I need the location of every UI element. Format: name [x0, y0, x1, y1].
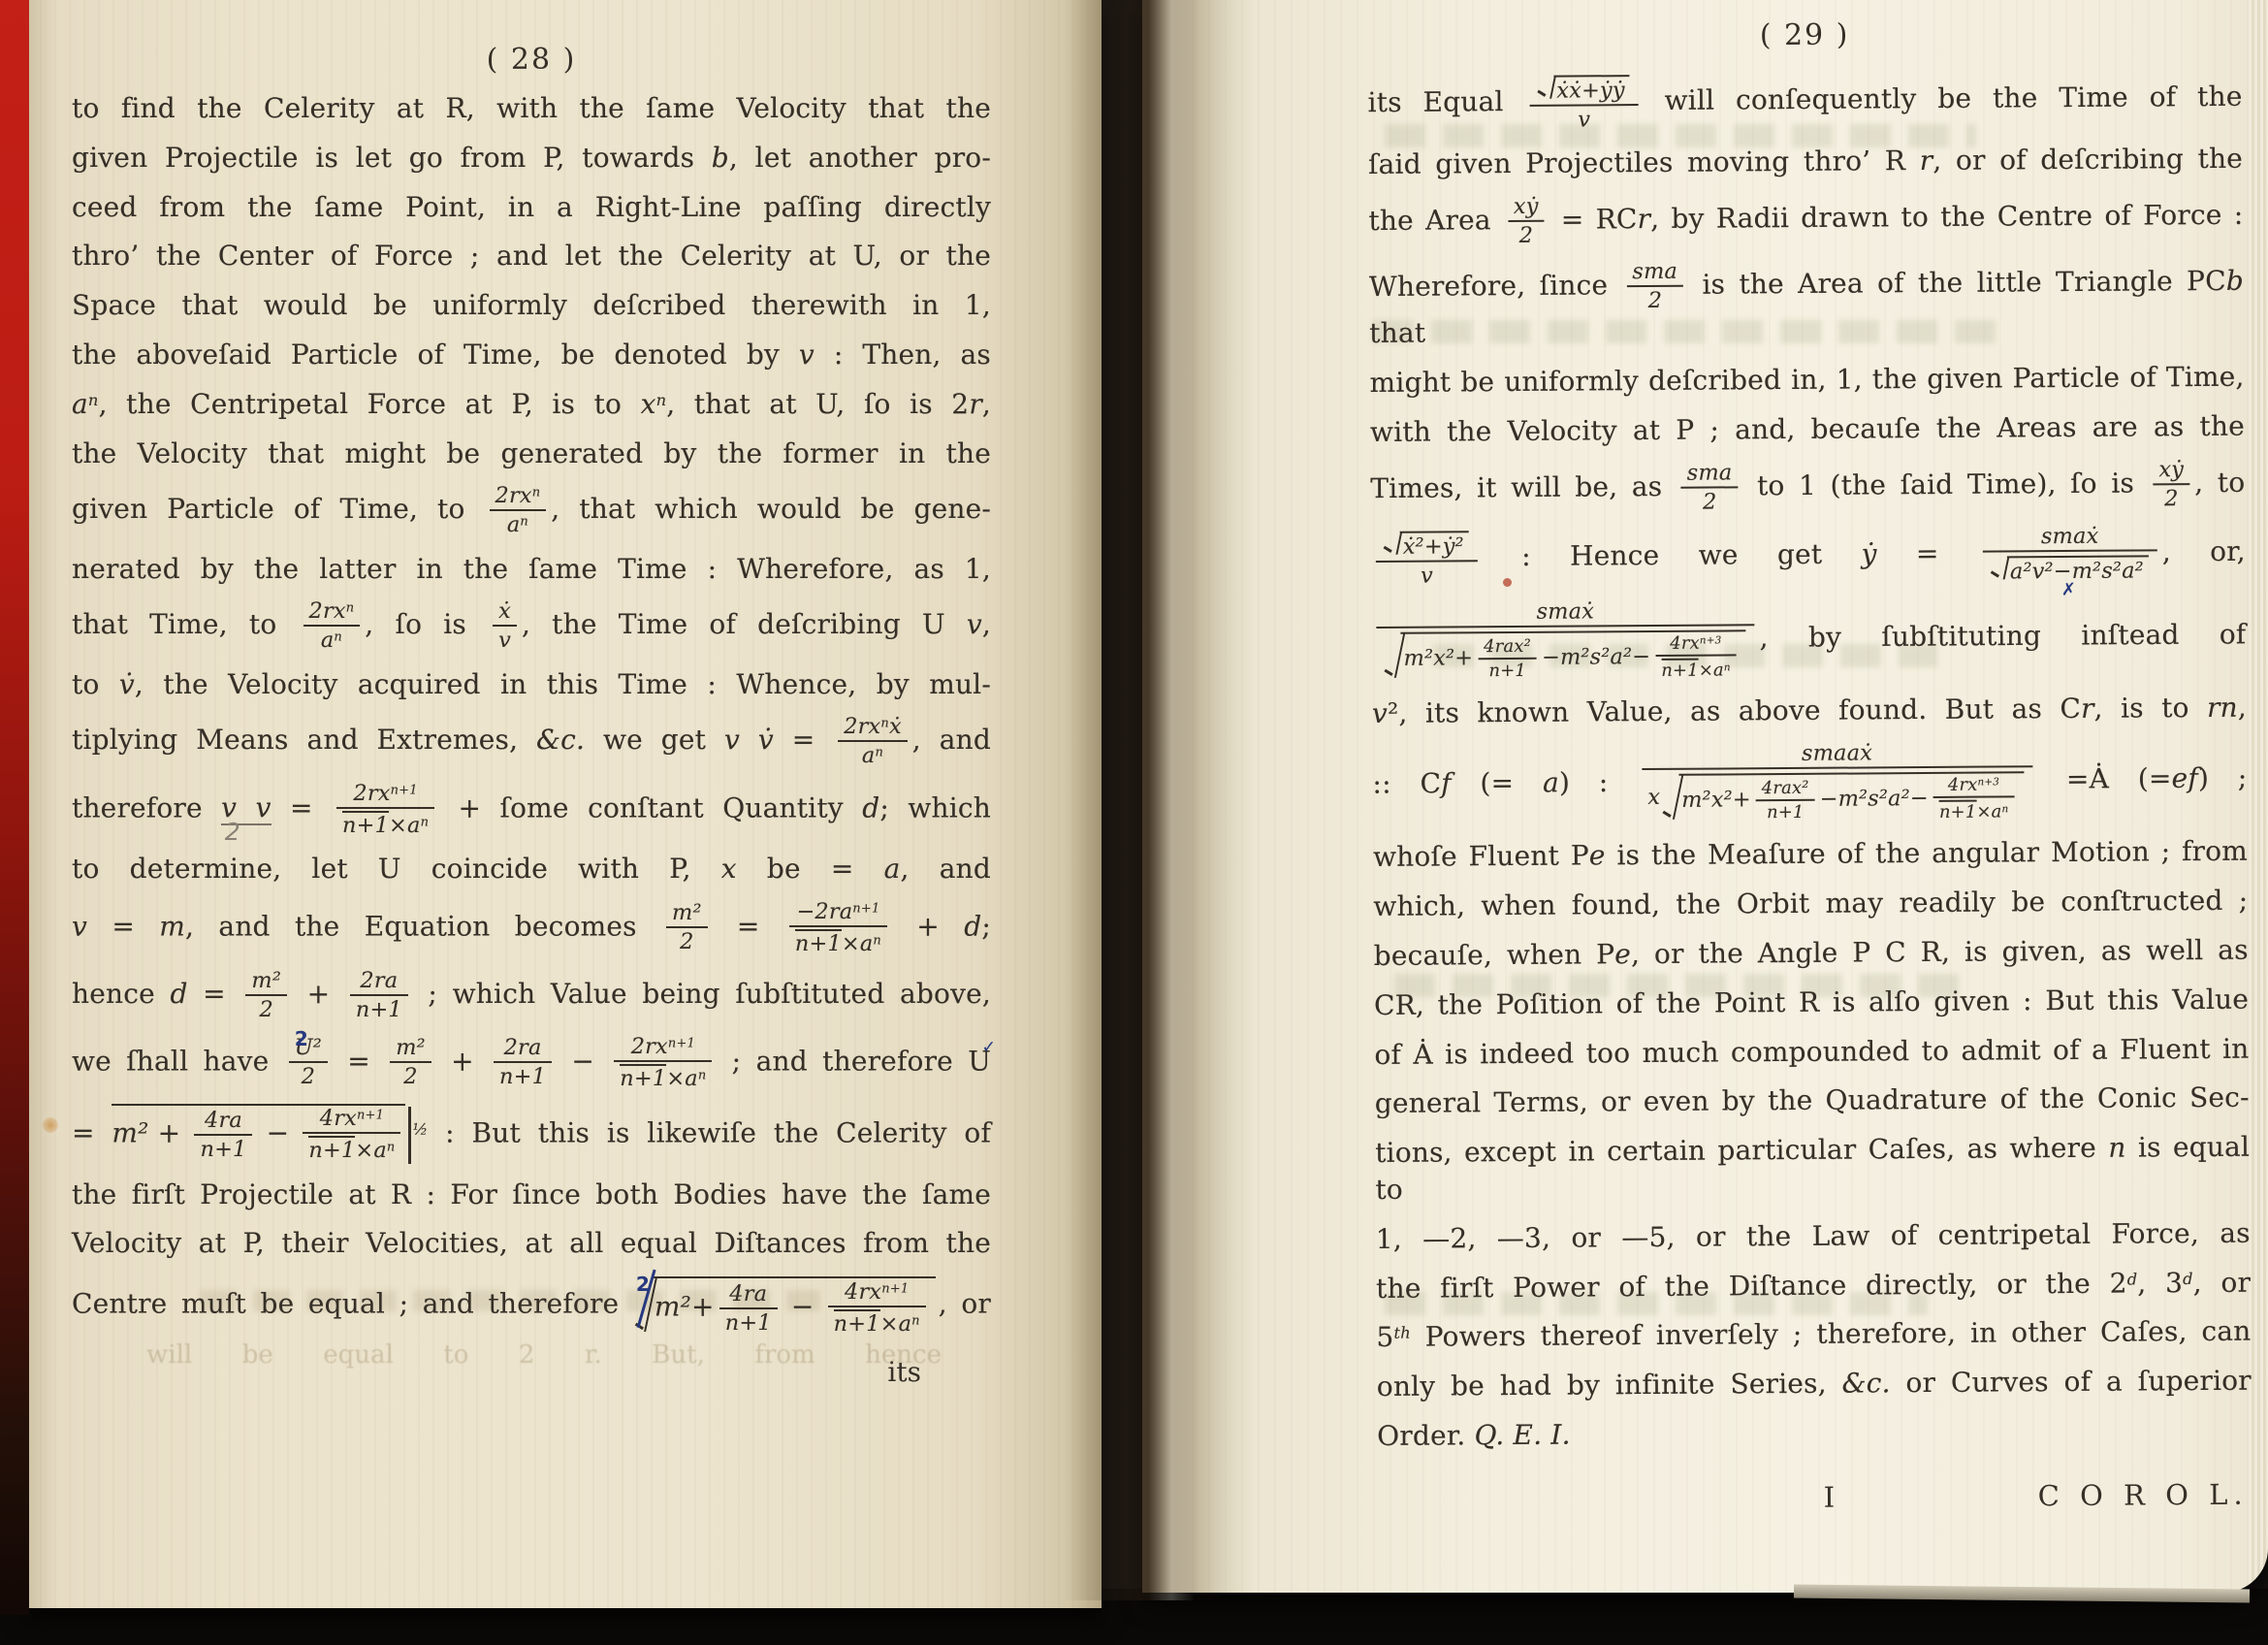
book-scan: ( 28 ) to find the Celerity at R, with t… — [0, 0, 2268, 1645]
text-line: becauſe, when Pe, or the Angle P C R, is… — [1374, 932, 2249, 975]
text-line: therefore v v2 = 2rxn+1n+1×an + ſome con… — [72, 782, 991, 838]
text-line: CR, the Poſition of the Point R is alſo … — [1374, 981, 2249, 1023]
text-line: ſaid given Projectiles moving thro’ R r,… — [1368, 141, 2243, 183]
text-line: 1, —2, —3, or —5, or the Law of centripe… — [1376, 1214, 2251, 1257]
text-line: thro’ the Center of Force ; and let the … — [72, 238, 991, 274]
text-line: ceed from the ſame Point, in a Right-Lin… — [72, 189, 991, 226]
text-line: might be uniformly deſcribed in, 1, the … — [1369, 359, 2244, 402]
text-line: nerated by the latter in the ſame Time :… — [72, 551, 991, 588]
footer-row-right: I C O R O L. — [1378, 1477, 2252, 1526]
text-line: Order. Q. E. I. — [1377, 1412, 2252, 1455]
text-line: tiplying Means and Extremes, &c. we get … — [72, 715, 991, 768]
book-spine-edge — [0, 0, 29, 1615]
page-28-text: ( 28 ) to find the Celerity at R, with t… — [72, 43, 991, 1388]
text-line: smaẋm²x²+4rax²n+1−m²s²a²−4rxn+3n+1×an, b… — [1371, 596, 2247, 684]
text-line: Space that would be uniformly deſcribed … — [72, 287, 991, 324]
text-line: whoſe Fluent Pe is the Meaſure of the an… — [1373, 833, 2248, 876]
page-number-left: ( 28 ) — [72, 43, 991, 77]
text-line: = m² + 4ran+1 − 4rxn+1n+1×an½ : But this… — [72, 1104, 991, 1163]
text-line: of Ȧ is indeed too much compounded to ad… — [1374, 1030, 2249, 1073]
text-line: we ſhall have 2U²2 = m²2 + 2ran+1 − 2rxn… — [72, 1035, 991, 1091]
text-line: only be had by infinite Series, &c. or C… — [1377, 1363, 2252, 1405]
text-line: with the Velocity at P ; and, becauſe th… — [1370, 408, 2245, 451]
page-29: ( 29 ) its Equal ẋẋ+ẏẏv will conſequentl… — [1142, 0, 2268, 1593]
text-line: the Velocity that might be generated by … — [72, 435, 991, 472]
text-line: ẋ²+ẏ²v : Hence we get ẏ = smaẋa²v²−m²s²a… — [1371, 524, 2246, 589]
text-line: 5th Powers thereof inverſely ; therefore… — [1376, 1313, 2251, 1356]
text-line: given Projectile is let go from P, towar… — [72, 140, 991, 177]
catchword-right: C O R O L. — [2038, 1477, 2249, 1512]
text-line: the firſt Projectile at R : For ſince bo… — [72, 1177, 991, 1213]
text-line: which, when found, the Orbit may readily… — [1373, 883, 2248, 925]
text-line: tions, except in certain particular Caſe… — [1375, 1129, 2251, 1209]
text-line: the Area xẏ2 = RCr, by Radii drawn to th… — [1368, 190, 2243, 249]
text-line: :: Cf (= a) : smaaẋxm²x²+4rax²n+1−m²s²a²… — [1372, 739, 2248, 827]
text-line: given Particle of Time, to 2rxnan, that … — [72, 484, 991, 537]
page-number-right: ( 29 ) — [1367, 16, 2242, 55]
page-28: ( 28 ) to find the Celerity at R, with t… — [25, 0, 1102, 1608]
text-line: the firſt Power of the Diſtance directly… — [1376, 1264, 2251, 1306]
text-line: Wherefore, ſince sma2 is the Area of the… — [1369, 256, 2245, 352]
text-line: Centre muſt be equal ; and therefore 2m²… — [72, 1274, 991, 1337]
text-line: the aboveſaid Particle of Time, be denot… — [72, 337, 991, 373]
text-line: to v̇, the Velocity acquired in this Tim… — [72, 666, 991, 703]
text-line: an, the Centripetal Force at P, is to xn… — [72, 386, 991, 423]
text-line: v = m, and the Equation becomes m²2 = −2… — [72, 900, 991, 956]
text-line: hence d = m²2 + 2ran+1 ; which Value bei… — [72, 969, 991, 1022]
text-line: to find the Celerity at R, with the ſame… — [72, 90, 991, 127]
text-line: general Terms, or even by the Quadrature… — [1375, 1080, 2250, 1122]
signature-mark: I — [1824, 1480, 1836, 1513]
text-line: Times, it will be, as sma2 to 1 (the ſai… — [1370, 457, 2245, 516]
page-29-text: ( 29 ) its Equal ẋẋ+ẏẏv will conſequentl… — [1367, 16, 2252, 1527]
text-line: v², its known Value, as above found. But… — [1372, 690, 2247, 732]
text-line: to determine, let U coincide with P, x b… — [72, 851, 991, 887]
bleedthrough-text: will be equal to 2 r. But, from hence — [146, 1340, 942, 1370]
page-28-lines: to find the Celerity at R, with the ſame… — [72, 90, 991, 1337]
foxing-spot — [43, 1117, 58, 1133]
page-29-lines: its Equal ẋẋ+ẏẏv will conſequently be th… — [1367, 69, 2252, 1455]
text-line: Velocity at P, their Velocities, at all … — [72, 1225, 991, 1262]
text-line: that Time, to 2rxnan, ſo is ẋv, the Time… — [72, 599, 991, 653]
text-line: its Equal ẋẋ+ẏẏv will conſequently be th… — [1367, 69, 2242, 134]
fore-edge-pages — [2249, 0, 2268, 1593]
